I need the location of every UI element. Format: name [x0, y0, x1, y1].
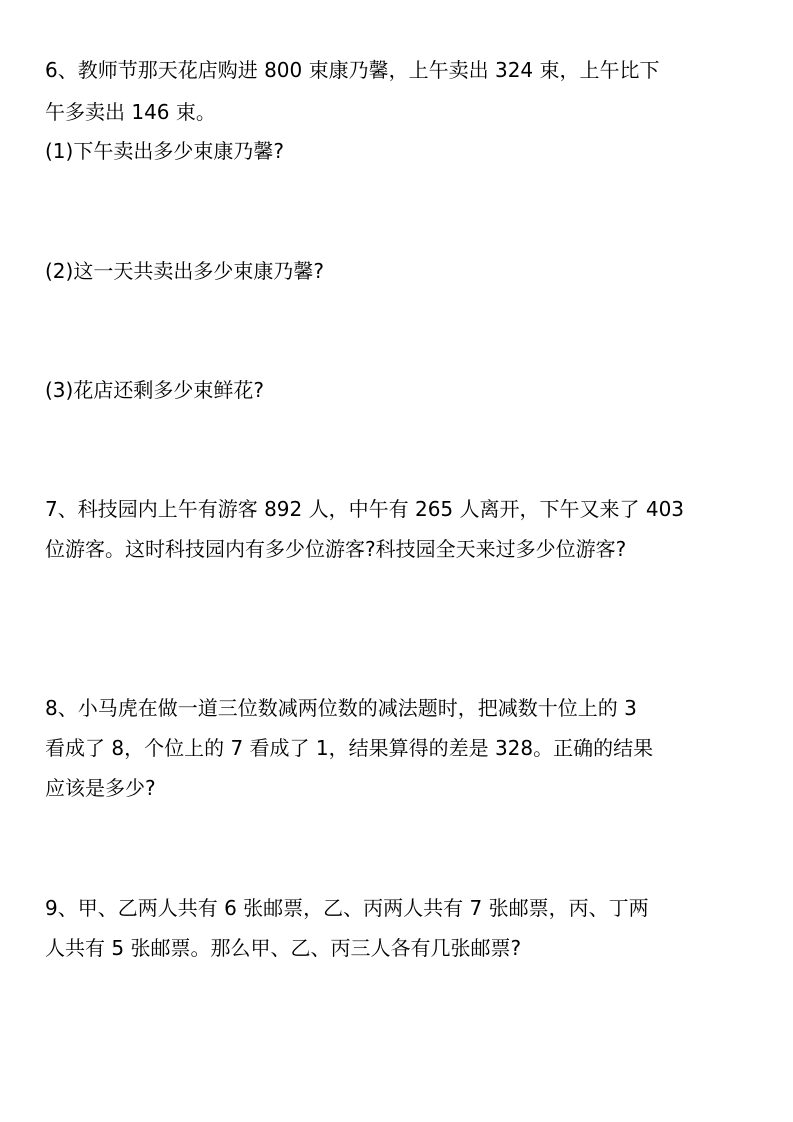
problem-8-line-3: 应该是多少?: [45, 776, 156, 800]
problem-6-question-2: (2)这一天共卖出多少束康乃馨?: [45, 259, 324, 283]
problem-7-line-2: 位游客。这时科技园内有多少位游客?科技园全天来过多少位游客?: [45, 537, 626, 561]
problem-8-line-1: 8、小马虎在做一道三位数减两位数的减法题时，把减数十位上的 3: [45, 696, 637, 720]
problem-6-line-1: 6、教师节那天花店购进 800 束康乃馨，上午卖出 324 束，上午比下: [45, 58, 660, 82]
problem-9-line-1: 9、甲、乙两人共有 6 张邮票，乙、丙两人共有 7 张邮票，丙、丁两: [45, 896, 649, 920]
problem-6-question-3: (3)花店还剩多少束鲜花?: [45, 378, 264, 402]
problem-6-question-1: (1)下午卖出多少束康乃馨?: [45, 139, 284, 163]
problem-8-line-2: 看成了 8，个位上的 7 看成了 1，结果算得的差是 328。正确的结果: [45, 736, 653, 760]
problem-7-line-1: 7、科技园内上午有游客 892 人，中午有 265 人离开，下午又来了 403: [45, 497, 684, 521]
problem-9-line-2: 人共有 5 张邮票。那么甲、乙、丙三人各有几张邮票?: [45, 936, 521, 960]
problem-6-line-2: 午多卖出 146 束。: [45, 100, 216, 124]
